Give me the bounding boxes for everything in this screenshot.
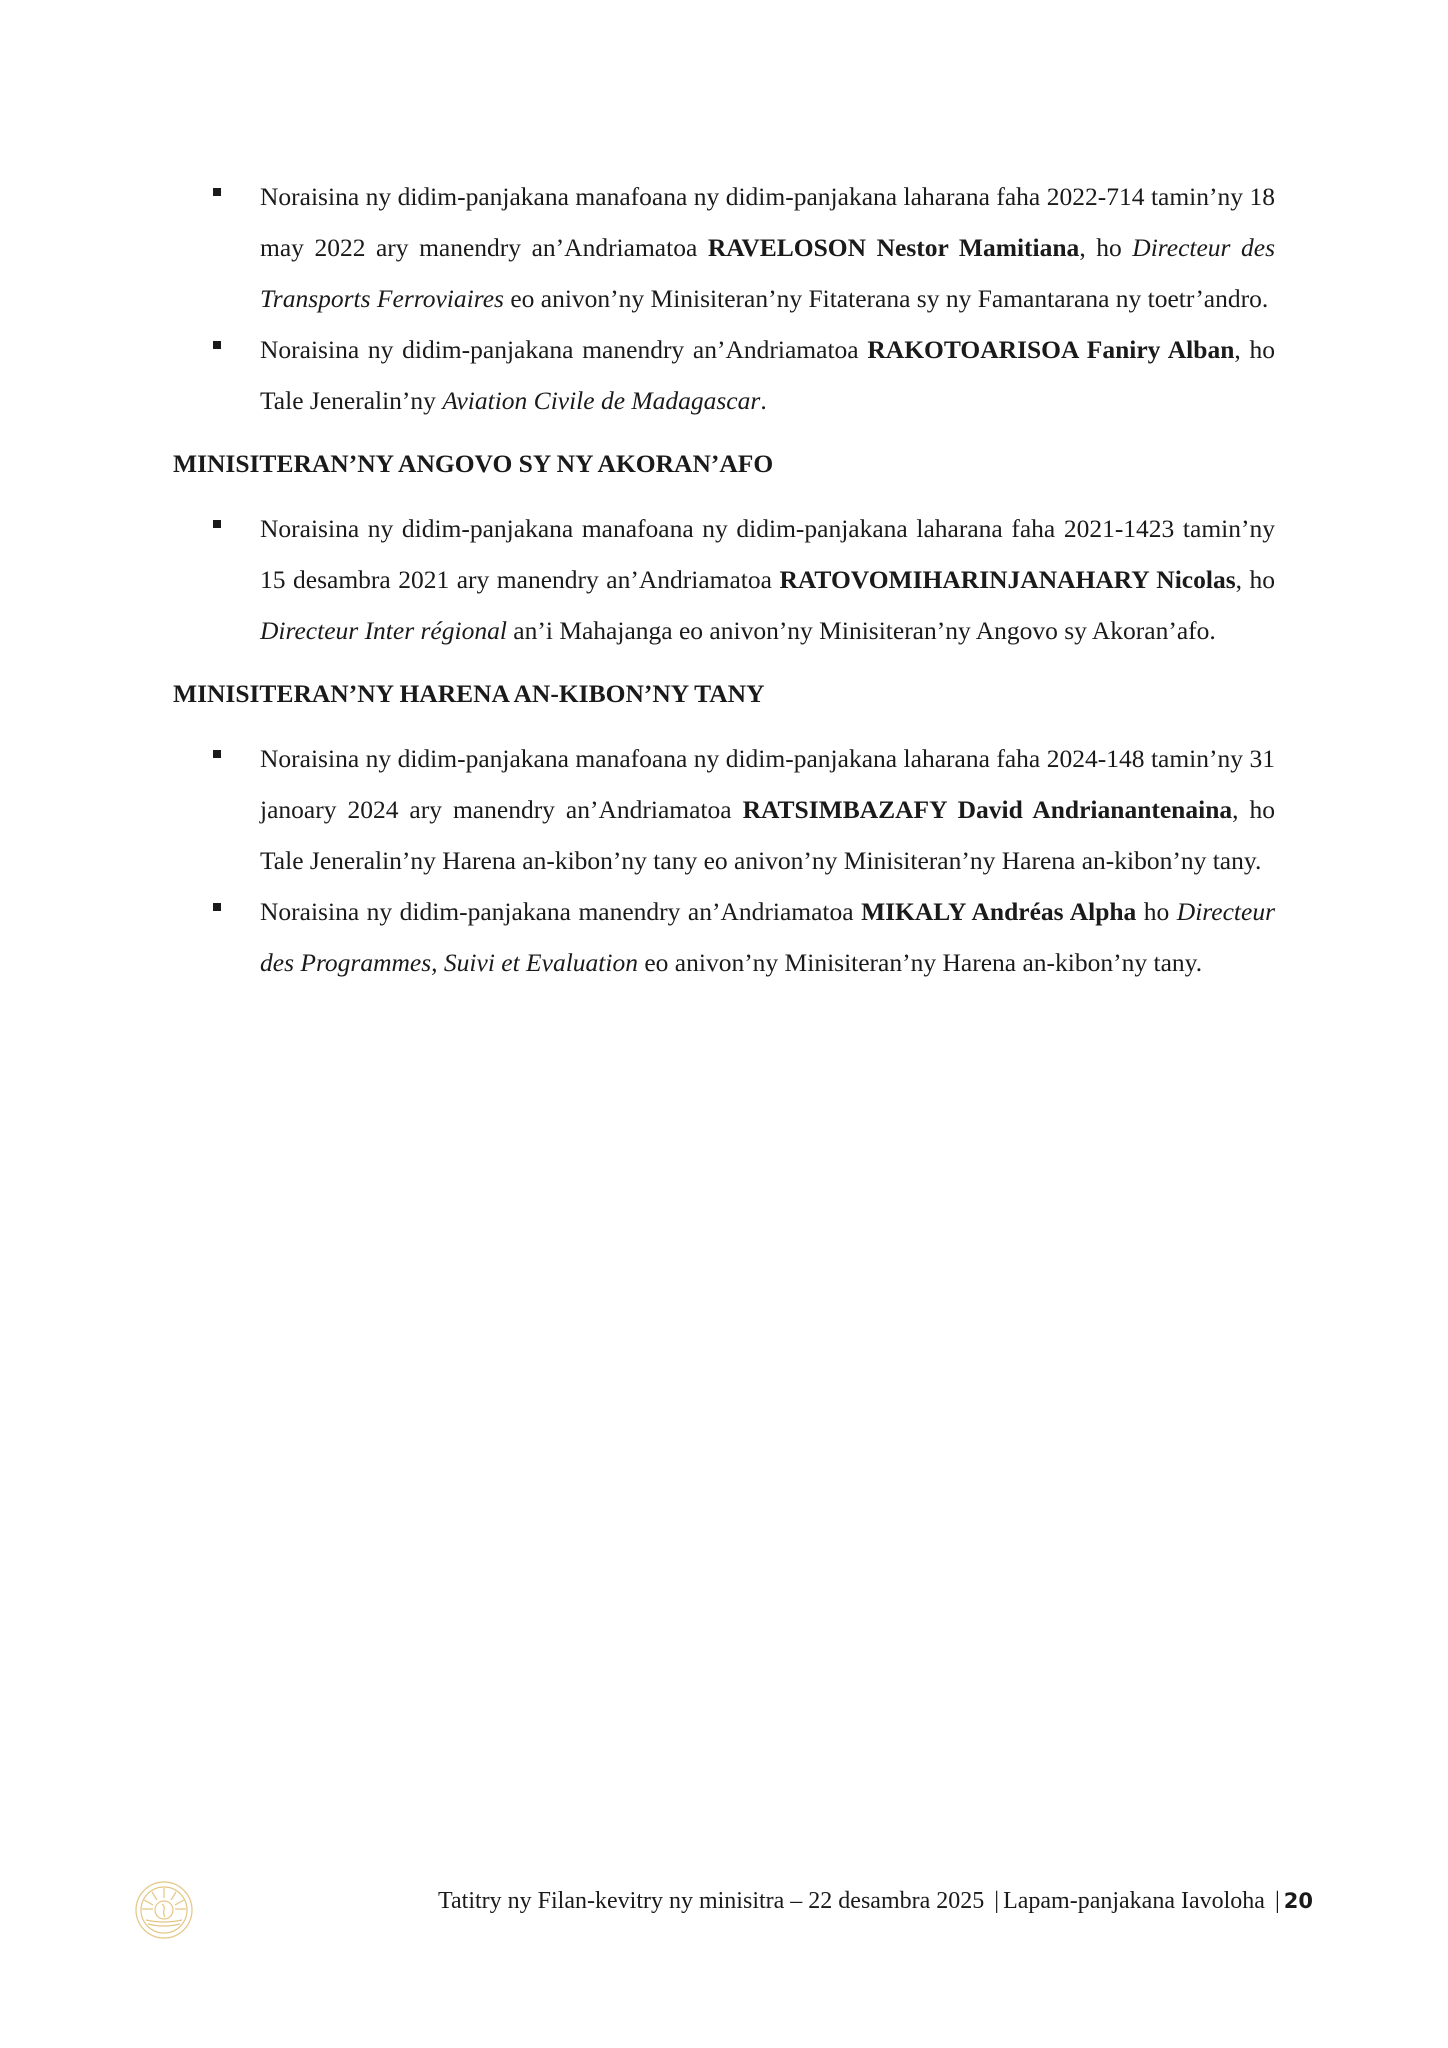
square-bullet-icon bbox=[213, 520, 221, 528]
footer-separator: | bbox=[1275, 1888, 1280, 1914]
footer-caption: Tatitry ny Filan-kevitry ny minisitra – … bbox=[438, 1888, 1313, 1915]
square-bullet-icon bbox=[213, 341, 221, 349]
person-name: RATSIMBAZAFY David Andrianantenaina bbox=[743, 795, 1233, 824]
item-text: an’i Mahajanga eo anivon’ny Minisiteran’… bbox=[507, 616, 1216, 645]
item-text: , ho bbox=[1236, 565, 1275, 594]
square-bullet-icon bbox=[213, 188, 221, 196]
list-item: Noraisina ny didim-panjakana manafoana n… bbox=[173, 171, 1275, 324]
document-page: Noraisina ny didim-panjakana manafoana n… bbox=[0, 0, 1448, 2048]
page-number: 20 bbox=[1284, 1889, 1313, 1913]
person-name: RAVELOSON Nestor Mamitiana bbox=[708, 233, 1080, 262]
square-bullet-icon bbox=[213, 903, 221, 911]
item-text: , ho bbox=[1079, 233, 1132, 262]
footer-separator: | bbox=[994, 1888, 999, 1914]
person-name: RAKOTOARISOA Faniry Alban bbox=[867, 335, 1234, 364]
list-item: Noraisina ny didim-panjakana manafoana n… bbox=[173, 503, 1275, 656]
position-title: Directeur Inter régional bbox=[260, 616, 507, 645]
item-text: Noraisina ny didim-panjakana manendry an… bbox=[260, 335, 867, 364]
section-heading: MINISITERAN’NY HARENA AN-KIBON’NY TANY bbox=[173, 668, 1275, 719]
person-name: MIKALY Andréas Alpha bbox=[861, 897, 1136, 926]
list-item: Noraisina ny didim-panjakana manafoana n… bbox=[173, 733, 1275, 886]
page-footer: Tatitry ny Filan-kevitry ny minisitra – … bbox=[0, 1880, 1448, 1930]
item-text: eo anivon’ny Minisiteran’ny Harena an-ki… bbox=[638, 948, 1202, 977]
list-item: Noraisina ny didim-panjakana manendry an… bbox=[173, 324, 1275, 426]
footer-place: Lapam-panjakana Iavoloha bbox=[1003, 1888, 1265, 1914]
footer-title: Tatitry ny Filan-kevitry ny minisitra – … bbox=[438, 1888, 984, 1914]
square-bullet-icon bbox=[213, 750, 221, 758]
item-text: Noraisina ny didim-panjakana manendry an… bbox=[260, 897, 861, 926]
section-heading: MINISITERAN’NY ANGOVO SY NY AKORAN’AFO bbox=[173, 438, 1275, 489]
item-text: eo anivon’ny Minisiteran’ny Fitaterana s… bbox=[504, 284, 1268, 313]
madagascar-presidency-seal-icon bbox=[134, 1880, 194, 1940]
item-text: . bbox=[760, 386, 766, 415]
person-name: RATOVOMIHARINJANAHARY Nicolas bbox=[779, 565, 1235, 594]
list-item: Noraisina ny didim-panjakana manendry an… bbox=[173, 886, 1275, 988]
position-title: Aviation Civile de Madagascar bbox=[442, 386, 760, 415]
document-body: Noraisina ny didim-panjakana manafoana n… bbox=[173, 171, 1275, 988]
item-text: ho bbox=[1136, 897, 1176, 926]
